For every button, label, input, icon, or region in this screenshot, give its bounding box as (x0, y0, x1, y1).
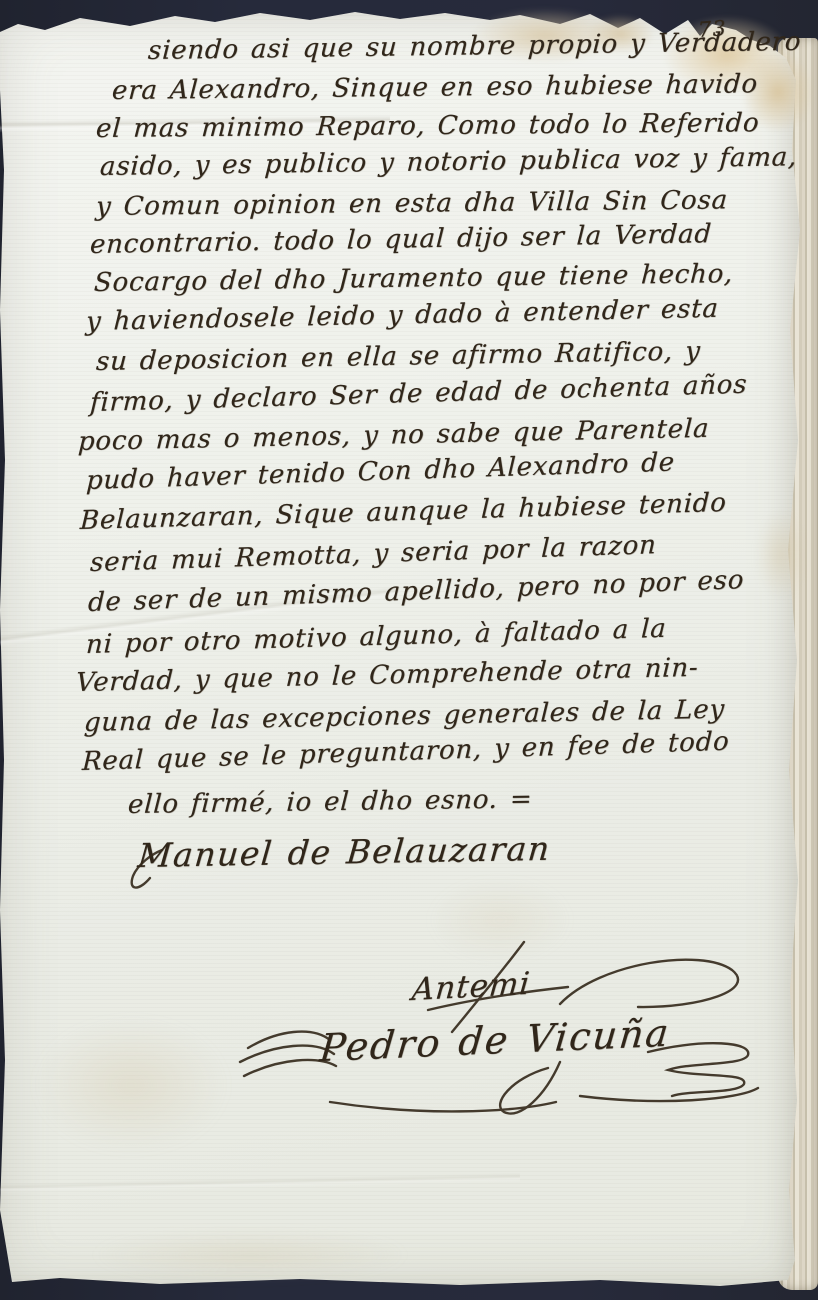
manuscript-line: Verdad, y que no le Comprehende otra nin… (75, 653, 699, 698)
manuscript-line: ello firmé, io el dho esno. = (127, 784, 533, 820)
notary-attestation: Antemi (410, 966, 531, 1008)
manuscript-line: su deposicion en ella se afirmo Ratifico… (95, 336, 701, 377)
manuscript-line: el mas minimo Reparo, Como todo lo Refer… (95, 108, 760, 144)
manuscript-line: y Comun opinion en esta dha Villa Sin Co… (95, 185, 729, 222)
manuscript-photo: 73 siendo asi que su nombre propio y Ver… (0, 0, 818, 1300)
manuscript-line: y haviendosele leido y dado à entender e… (85, 294, 719, 337)
manuscript-line: ni por otro motivo alguno, à faltado a l… (85, 614, 667, 660)
witness-signature: Manuel de Belauzaran (136, 829, 552, 875)
manuscript-line: asido, y es publico y notorio publica vo… (99, 142, 798, 182)
manuscript-line: siendo asi que su nombre propio y Verdad… (147, 27, 802, 66)
manuscript-line: encontrario. todo lo qual dijo ser la Ve… (89, 219, 712, 260)
handwritten-text-layer: 73 siendo asi que su nombre propio y Ver… (0, 0, 818, 1300)
manuscript-line: firmo, y declaro Ser de edad de ochenta … (89, 370, 748, 418)
manuscript-line: era Alexandro, Sinque en eso hubiese hav… (111, 69, 759, 106)
manuscript-line: Socargo del dho Juramento que tiene hech… (93, 259, 734, 298)
notary-signature: Pedro de Vicuña (318, 1011, 672, 1071)
manuscript-line: Belaunzaran, Sique aunque la hubiese ten… (79, 488, 727, 536)
